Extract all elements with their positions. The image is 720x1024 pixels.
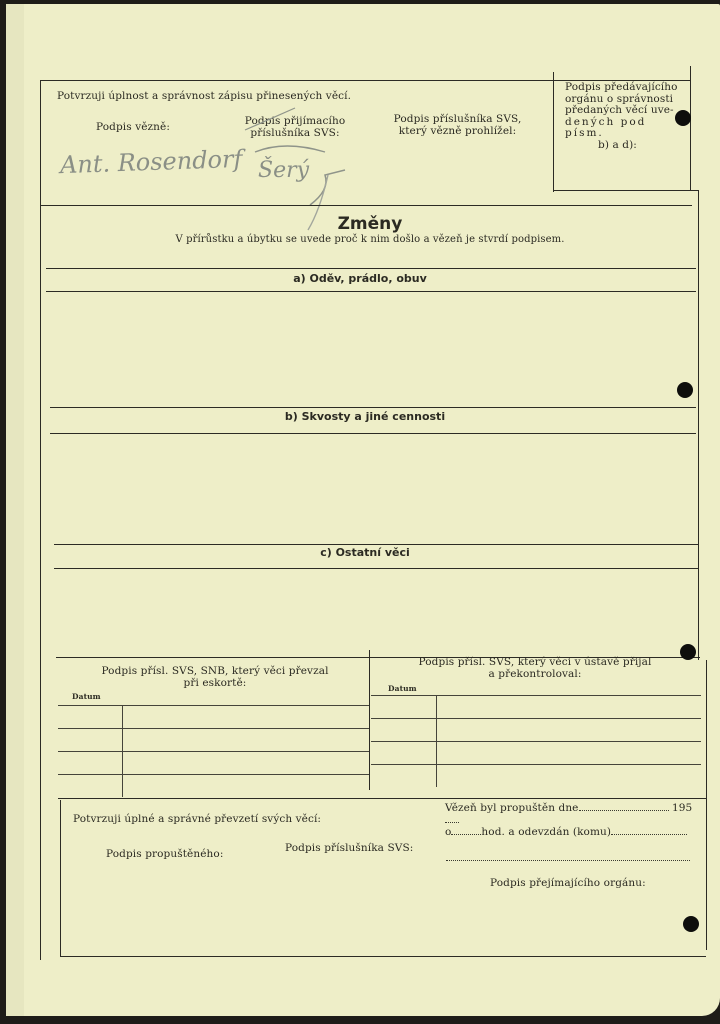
- escort-left-heading-line2: při eskortě:: [70, 677, 360, 689]
- release-hour-input[interactable]: [451, 834, 481, 835]
- frame-bottom: [60, 956, 706, 957]
- release-officer-signature-label: Podpis příslušníka SVS:: [285, 842, 413, 854]
- inspecting-officer-label-line2: který vězně prohlížel:: [385, 125, 530, 137]
- release-top-line: [58, 798, 706, 799]
- changes-title: Změny: [300, 214, 440, 234]
- section-c-entry-area[interactable]: [56, 570, 696, 655]
- frame-right-mid: [698, 190, 699, 660]
- top-right-divider: [553, 72, 554, 192]
- section-a-header-bottom: [46, 291, 696, 292]
- release-handed-label: hod. a odevzdán (komu): [481, 826, 611, 838]
- handing-organ-line5: b) a d):: [565, 140, 690, 152]
- release-year-input[interactable]: [445, 822, 459, 823]
- punch-hole: [680, 644, 696, 660]
- section-a-label: a) Oděv, prádlo, obuv: [260, 272, 460, 285]
- section-b-top-line: [50, 407, 696, 408]
- handing-organ-line3: předaných věcí uve-: [565, 105, 690, 117]
- section-c-header-bottom: [54, 568, 698, 569]
- section-b-entry-area[interactable]: [52, 435, 695, 543]
- escort-left-date-label: Datum: [72, 691, 101, 703]
- release-date-input[interactable]: [579, 810, 669, 811]
- top-section-bottom-line: [40, 205, 692, 206]
- receiving-organ-label: Podpis přejímajícího orgánu:: [490, 877, 646, 889]
- release-hour-field: ohod. a odevzdán (komu): [445, 826, 695, 838]
- escort-middle-divider: [369, 650, 370, 790]
- handing-organ-label: Podpis předávajícího orgánu o správnosti…: [565, 82, 690, 151]
- frame-right-bottom: [706, 660, 707, 950]
- punch-hole: [683, 916, 699, 932]
- handing-box-bottom: [553, 190, 699, 191]
- section-a-top-line: [46, 268, 696, 269]
- handing-organ-line4: dených pod písm.: [565, 117, 690, 140]
- release-at-label: o: [445, 826, 451, 838]
- paper-edge: [6, 4, 24, 1016]
- handed-to-continuation-input[interactable]: [446, 860, 690, 861]
- escort-right-signature-cells[interactable]: [438, 696, 700, 786]
- escort-left-heading-line1: Podpis přísl. SVS, SNB, který věci převz…: [70, 665, 360, 677]
- escort-left-heading: Podpis přísl. SVS, SNB, který věci převz…: [70, 665, 360, 689]
- escort-right-heading-line2: a překontroloval:: [380, 668, 690, 680]
- inspecting-officer-label: Podpis příslušníka SVS, který vězně proh…: [385, 113, 530, 137]
- frame-right-top: [690, 66, 691, 191]
- punch-hole: [677, 382, 693, 398]
- handing-organ-line1: Podpis předávajícího: [565, 82, 690, 94]
- released-on-label: Vězeň byl propuštěn dne: [445, 802, 579, 814]
- frame-left: [40, 80, 41, 960]
- release-confirmation: Potvrzuji úplné a správné převzetí svých…: [73, 813, 321, 825]
- punch-hole: [675, 110, 691, 126]
- section-c-top-line: [54, 544, 698, 545]
- escort-right-date-label: Datum: [388, 683, 417, 695]
- section-b-label: b) Skvosty a jiné cennosti: [250, 410, 480, 423]
- escort-right-date-cells[interactable]: [372, 696, 435, 786]
- section-b-header-bottom: [50, 433, 696, 434]
- release-left-border: [60, 800, 61, 956]
- escort-right-heading-line1: Podpis přísl. SVS, který věci v ústavě p…: [380, 656, 690, 668]
- released-on-field: Vězeň byl propuštěn dne 195: [445, 802, 695, 826]
- section-a-entry-area[interactable]: [50, 293, 695, 406]
- release-year-prefix: 195: [672, 802, 692, 814]
- inspecting-officer-label-line1: Podpis příslušníka SVS,: [385, 113, 530, 125]
- prisoner-signature-label: Podpis vězně:: [96, 121, 170, 133]
- changes-instruction: V přírůstku a úbytku se uvede proč k nim…: [130, 234, 610, 246]
- released-signature-label: Podpis propuštěného:: [106, 848, 223, 860]
- escort-left-date-cells[interactable]: [58, 706, 121, 796]
- escort-right-heading: Podpis přísl. SVS, který věci v ústavě p…: [380, 656, 690, 680]
- section-c-label: c) Ostatní věci: [290, 546, 440, 559]
- handed-to-input[interactable]: [611, 834, 687, 835]
- escort-left-signature-cells[interactable]: [124, 706, 368, 796]
